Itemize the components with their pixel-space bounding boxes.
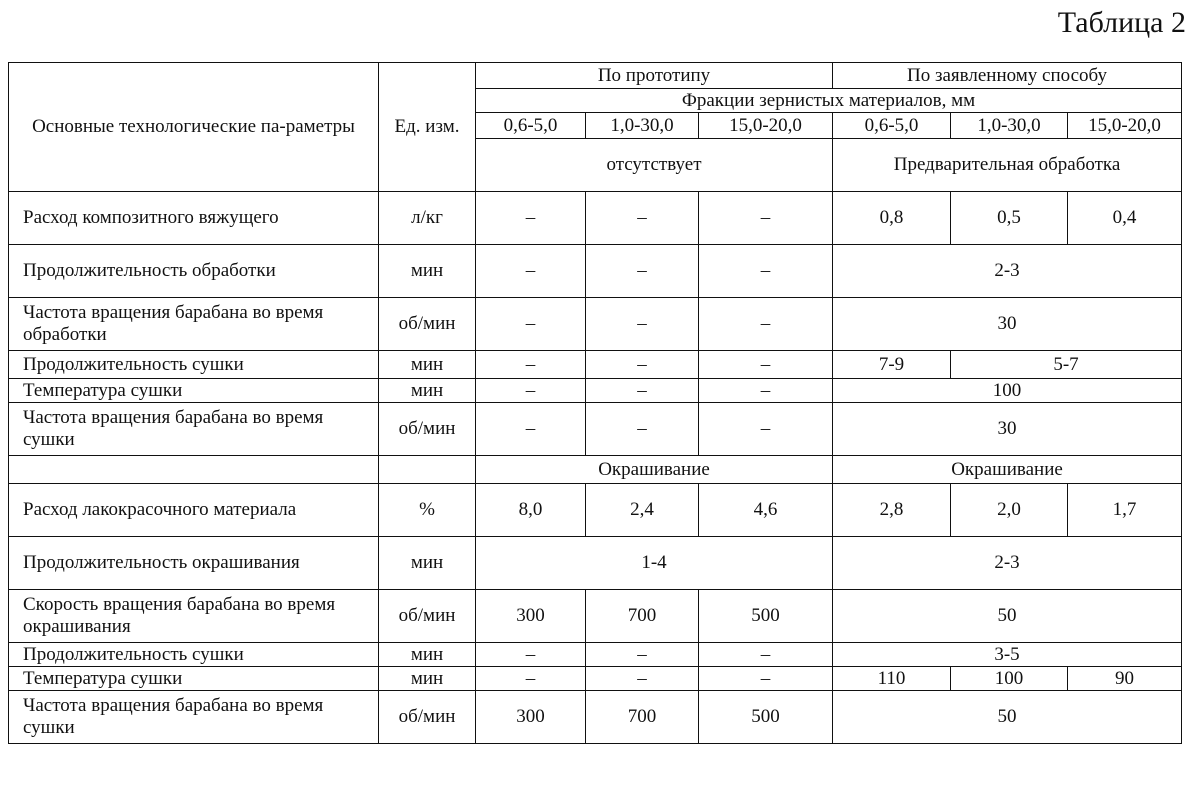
unit-cell: мин	[379, 537, 476, 590]
unit-cell: мин	[379, 245, 476, 298]
value-cell: –	[586, 667, 699, 691]
value-cell-merged: 50	[833, 590, 1182, 643]
value-cell: –	[699, 667, 833, 691]
unit-cell: об/мин	[379, 298, 476, 351]
table-row: Продолжительность окрашивания мин 1-4 2-…	[9, 537, 1182, 590]
value-cell-merged: 2-3	[833, 537, 1182, 590]
fraction-col: 15,0-20,0	[699, 113, 833, 139]
value-cell: 2,8	[833, 484, 951, 537]
table-row: Продолжительность обработки мин – – – 2-…	[9, 245, 1182, 298]
prototype-stage1: отсутствует	[476, 139, 833, 192]
value-cell: –	[586, 351, 699, 379]
table-row: Расход композитного вяжущего л/кг – – – …	[9, 192, 1182, 245]
value-cell: –	[699, 403, 833, 456]
value-cell: –	[586, 245, 699, 298]
value-cell: –	[476, 379, 586, 403]
unit-cell: л/кг	[379, 192, 476, 245]
header-unit: Ед. изм.	[379, 63, 476, 192]
param-cell: Продолжительность обработки	[9, 245, 379, 298]
table-row: Частота вращения барабана во время сушки…	[9, 691, 1182, 744]
value-cell: –	[699, 245, 833, 298]
header-param: Основные технологические па-раметры	[9, 63, 379, 192]
fraction-col: 1,0-30,0	[951, 113, 1068, 139]
value-cell: –	[476, 245, 586, 298]
value-cell: –	[699, 379, 833, 403]
value-cell-merged: 50	[833, 691, 1182, 744]
value-cell: 2,4	[586, 484, 699, 537]
stage2-header-row: Окрашивание Окрашивание	[9, 456, 1182, 484]
unit-cell: мин	[379, 643, 476, 667]
unit-cell: мин	[379, 351, 476, 379]
fraction-col: 15,0-20,0	[1068, 113, 1182, 139]
unit-cell: %	[379, 484, 476, 537]
value-cell: –	[476, 192, 586, 245]
parameters-table: Основные технологические па-раметры Ед. …	[8, 62, 1182, 744]
param-cell: Температура сушки	[9, 667, 379, 691]
value-cell: 500	[699, 590, 833, 643]
value-cell: –	[476, 643, 586, 667]
unit-cell: мин	[379, 379, 476, 403]
value-cell-merged: 1-4	[476, 537, 833, 590]
param-cell: Частота вращения барабана во время сушки	[9, 691, 379, 744]
value-cell: 0,5	[951, 192, 1068, 245]
value-cell-merged: 30	[833, 298, 1182, 351]
param-cell: Частота вращения барабана во время сушки	[9, 403, 379, 456]
value-cell: 700	[586, 691, 699, 744]
value-cell-merged: 5-7	[951, 351, 1182, 379]
value-cell-merged: 2-3	[833, 245, 1182, 298]
value-cell: –	[476, 403, 586, 456]
value-cell: –	[699, 298, 833, 351]
value-cell-merged: 30	[833, 403, 1182, 456]
value-cell: 8,0	[476, 484, 586, 537]
value-cell-merged: 3-5	[833, 643, 1182, 667]
table-row: Продолжительность сушки мин – – – 3-5	[9, 643, 1182, 667]
fraction-col: 0,6-5,0	[476, 113, 586, 139]
unit-cell: об/мин	[379, 691, 476, 744]
value-cell: –	[586, 192, 699, 245]
table-row: Продолжительность сушки мин – – – 7-9 5-…	[9, 351, 1182, 379]
header-claimed: По заявленному способу	[833, 63, 1182, 89]
value-cell: 0,4	[1068, 192, 1182, 245]
unit-cell: мин	[379, 667, 476, 691]
param-cell: Расход лакокрасочного материала	[9, 484, 379, 537]
table-row: Скорость вращения барабана во время окра…	[9, 590, 1182, 643]
param-cell: Продолжительность сушки	[9, 643, 379, 667]
table-row: Расход лакокрасочного материала % 8,0 2,…	[9, 484, 1182, 537]
header-prototype: По прототипу	[476, 63, 833, 89]
prototype-stage2: Окрашивание	[476, 456, 833, 484]
value-cell: 300	[476, 691, 586, 744]
value-cell: –	[586, 298, 699, 351]
value-cell: 2,0	[951, 484, 1068, 537]
value-cell: –	[699, 192, 833, 245]
value-cell: –	[586, 379, 699, 403]
fraction-col: 0,6-5,0	[833, 113, 951, 139]
claimed-stage2: Окрашивание	[833, 456, 1182, 484]
value-cell: 90	[1068, 667, 1182, 691]
value-cell: 110	[833, 667, 951, 691]
empty-cell	[9, 456, 379, 484]
value-cell: 7-9	[833, 351, 951, 379]
value-cell: –	[586, 403, 699, 456]
value-cell: 700	[586, 590, 699, 643]
header-row-method: Основные технологические па-раметры Ед. …	[9, 63, 1182, 89]
table-row: Частота вращения барабана во время сушки…	[9, 403, 1182, 456]
table-caption: Таблица 2	[1058, 6, 1186, 40]
param-cell: Продолжительность окрашивания	[9, 537, 379, 590]
claimed-stage1: Предварительная обработка	[833, 139, 1182, 192]
header-fractions: Фракции зернистых материалов, мм	[476, 89, 1182, 113]
value-cell: 0,8	[833, 192, 951, 245]
table-row: Температура сушки мин – – – 100	[9, 379, 1182, 403]
fraction-col: 1,0-30,0	[586, 113, 699, 139]
unit-cell: об/мин	[379, 590, 476, 643]
param-cell: Скорость вращения барабана во время окра…	[9, 590, 379, 643]
value-cell: –	[699, 643, 833, 667]
value-cell: –	[476, 351, 586, 379]
value-cell: –	[586, 643, 699, 667]
unit-cell: об/мин	[379, 403, 476, 456]
value-cell: 300	[476, 590, 586, 643]
param-cell: Продолжительность сушки	[9, 351, 379, 379]
value-cell: 4,6	[699, 484, 833, 537]
value-cell-merged: 100	[833, 379, 1182, 403]
table-row: Частота вращения барабана во время обраб…	[9, 298, 1182, 351]
value-cell: –	[476, 298, 586, 351]
value-cell: 1,7	[1068, 484, 1182, 537]
value-cell: –	[699, 351, 833, 379]
param-cell: Расход композитного вяжущего	[9, 192, 379, 245]
param-cell: Частота вращения барабана во время обраб…	[9, 298, 379, 351]
empty-cell	[379, 456, 476, 484]
value-cell: –	[476, 667, 586, 691]
value-cell: 500	[699, 691, 833, 744]
table-row: Температура сушки мин – – – 110 100 90	[9, 667, 1182, 691]
param-cell: Температура сушки	[9, 379, 379, 403]
value-cell: 100	[951, 667, 1068, 691]
